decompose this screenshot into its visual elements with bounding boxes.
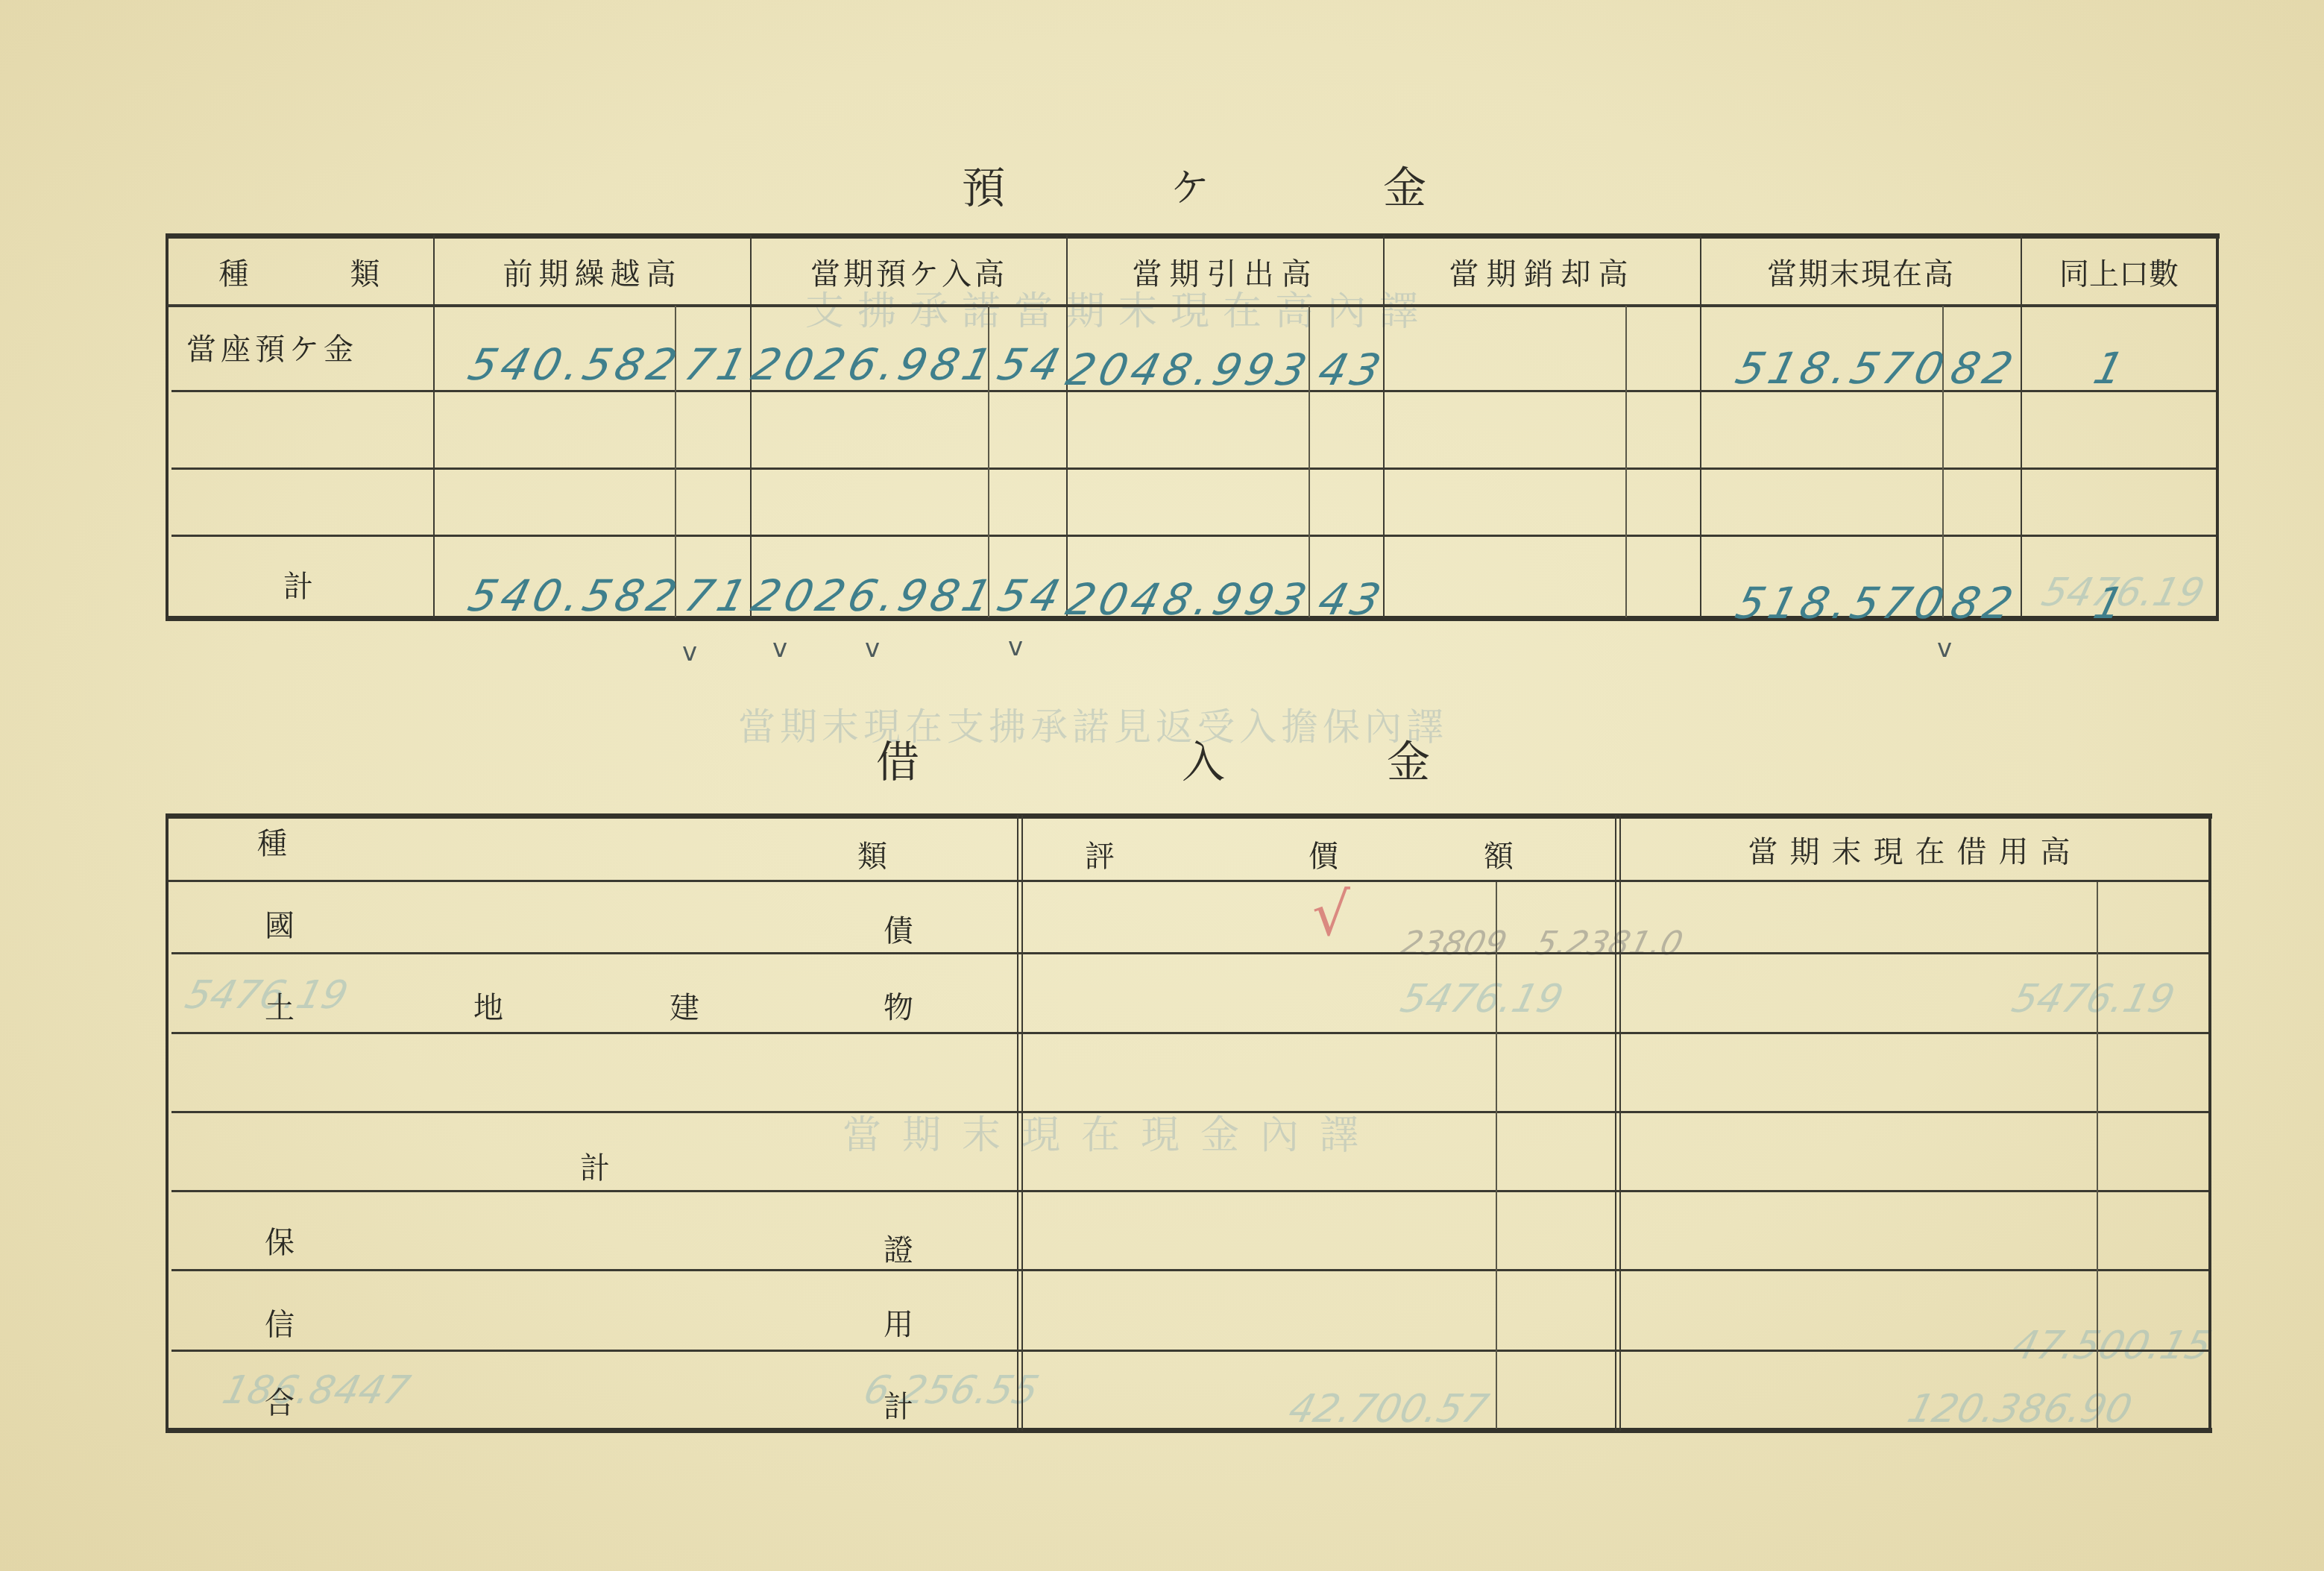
grand-total-label-2: 計 — [884, 1383, 913, 1426]
deposits-in-value[interactable]: 2026.981 — [747, 339, 1002, 390]
check-mark: v — [682, 637, 697, 667]
header-written-off: 當期銷却高 — [1385, 239, 1700, 304]
bleed-through-figure: 42.700.57 — [1285, 1387, 1493, 1432]
header-ending-balance: 當期末現在高 — [1701, 239, 2021, 304]
header-accounts-count: 同上口數 — [2022, 239, 2216, 304]
total-deposits-in[interactable]: 2026.981 — [747, 570, 1002, 621]
bleed-through-figure: 5476.19 — [1396, 977, 1568, 1021]
row-label-credit-1: 信 — [265, 1301, 295, 1344]
withdrawals-sen[interactable]: 43 — [1314, 344, 1391, 395]
total-label: 計 — [283, 563, 313, 605]
check-mark: v — [1937, 634, 1952, 664]
title-char: 入 — [1182, 727, 1225, 790]
header-valuation-3: 額 — [1484, 833, 1514, 875]
row-label-credit-2: 用 — [884, 1301, 913, 1344]
total-withdrawals[interactable]: 2048.993 — [1062, 574, 1317, 625]
header-type: 種 類 — [169, 239, 433, 304]
withdrawals-value[interactable]: 2048.993 — [1062, 344, 1317, 395]
ending-balance-sen[interactable]: 82 — [1946, 343, 2023, 394]
bleed-through-figure: 23809 — [1397, 925, 1511, 963]
header-prior-balance: 前期繰越高 — [435, 239, 750, 304]
header-type-left: 種 — [257, 820, 287, 863]
check-mark: v — [772, 634, 787, 664]
bleed-through-figure: 120.386.90 — [1903, 1387, 2137, 1432]
header-valuation-2: 價 — [1309, 833, 1338, 875]
header-withdrawals: 當期引出高 — [1068, 239, 1383, 304]
row-label-national-bonds-2: 債 — [884, 907, 913, 950]
total-withdrawals-sen[interactable]: 43 — [1314, 574, 1391, 625]
check-mark: v — [865, 634, 880, 664]
bleed-through-figure: 5476.19 — [2008, 977, 2179, 1021]
row-label-land-2: 地 — [473, 984, 503, 1027]
title-char: 金 — [1383, 153, 1426, 215]
row-label-current-deposits: 當座預ケ金 — [186, 326, 358, 368]
check-mark: v — [1008, 632, 1023, 662]
bleed-through-figure: 186.8447 — [218, 1368, 415, 1413]
total-deposits-in-sen[interactable]: 54 — [993, 570, 1070, 621]
bleed-through-figure: 47.500.15 — [2008, 1323, 2217, 1368]
deposits-in-sen[interactable]: 54 — [993, 339, 1070, 390]
row-label-guaranteed-2: 證 — [884, 1227, 913, 1269]
row-label-land-1: 土 — [265, 984, 295, 1027]
subtotal-label: 計 — [580, 1145, 610, 1187]
header-valuation-1: 評 — [1085, 833, 1115, 875]
total-ending-balance[interactable]: 518.570 — [1731, 578, 1954, 629]
bleed-through-figure: 5.2381.0 — [1531, 925, 1687, 963]
total-ending-balance-sen[interactable]: 82 — [1946, 578, 2023, 629]
title-char: ケ — [1171, 157, 1209, 212]
header-ending-borrowed: 當期末現在借用高 — [1622, 819, 2208, 880]
header-deposits-in: 當期預ケ入高 — [752, 239, 1066, 304]
title-char: 金 — [1387, 727, 1430, 790]
prior-balance-sen[interactable]: 71 — [680, 339, 757, 390]
row-label-buildings-1: 建 — [670, 984, 699, 1027]
total-prior-balance-sen[interactable]: 71 — [680, 570, 757, 621]
grand-total-label-1: 合 — [265, 1379, 295, 1422]
bleed-through-heading-middle: 當期末現在支拂承諾見返受入擔保內譯 — [738, 697, 1448, 751]
title-char: 借 — [876, 727, 919, 790]
row-label-buildings-2: 物 — [884, 984, 913, 1027]
header-type-right: 類 — [857, 833, 887, 875]
row-label-national-bonds-1: 國 — [265, 902, 295, 945]
title-char: 預 — [962, 153, 1005, 215]
red-check-mark: √ — [1312, 880, 1350, 949]
row-label-guaranteed-1: 保 — [265, 1219, 295, 1262]
ending-balance-value[interactable]: 518.570 — [1731, 343, 1954, 394]
prior-balance-value[interactable]: 540.582 — [464, 339, 687, 390]
accounts-count-value[interactable]: 1 — [2089, 343, 2134, 394]
total-prior-balance[interactable]: 540.582 — [464, 570, 687, 621]
